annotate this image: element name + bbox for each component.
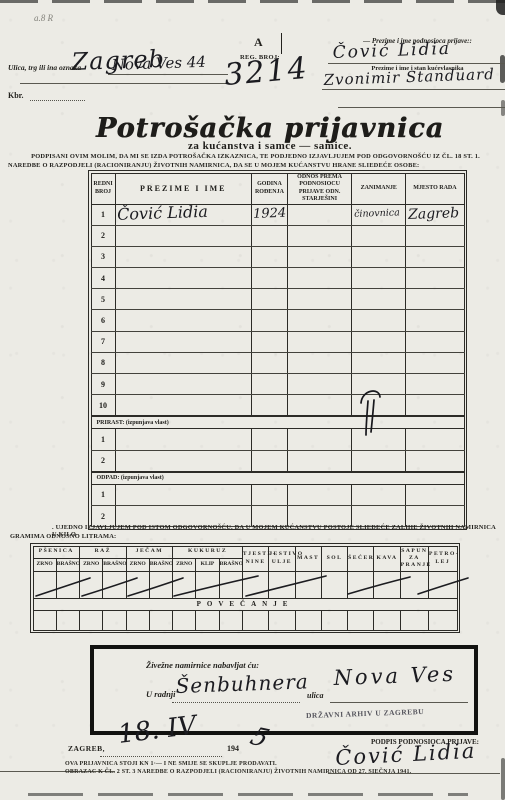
col-kukuruz: KUKURUZ (173, 546, 243, 558)
supplier-street-line (330, 702, 468, 703)
odpad-band: ODPAD: (izpunjava vlast) (91, 472, 464, 485)
roster-row-9: 9 (91, 374, 464, 395)
workplace-cell (406, 310, 464, 331)
roster-row-2: 2 (91, 225, 464, 246)
relation-cell (288, 310, 352, 331)
col-mast: MAST (295, 546, 321, 571)
relation-cell (288, 225, 352, 246)
workplace-cell (406, 395, 464, 417)
occupation-cell (352, 268, 406, 289)
row-number: 8 (91, 352, 115, 373)
workplace-cell (406, 225, 464, 246)
year-cell (251, 310, 287, 331)
name-cell (115, 310, 251, 331)
workplace-cell (406, 374, 464, 395)
roster-row-10: 10 (91, 395, 464, 417)
scan-blob-top-right (496, 0, 505, 15)
roster-row-3: 3 (91, 246, 464, 267)
increase-cell (149, 610, 172, 630)
increase-cell (321, 610, 347, 630)
row-number: 7 (91, 331, 115, 352)
increase-cell (219, 610, 242, 630)
name-cell (115, 395, 251, 417)
fineprint-line1: OVA PRIJAVNICA STOJI KN 1·— I NE SMIJE S… (65, 761, 277, 767)
name-cell (115, 225, 251, 246)
increase-cell (348, 610, 374, 630)
workplace-cell (406, 331, 464, 352)
fineprint-line2: OBRAZAC K ČL. 2 ST. 3 NAREDBE O RAZPODJE… (65, 769, 411, 775)
page-subtitle: za kućanstva i samce — samice. (60, 140, 480, 152)
occupation-cell (352, 331, 406, 352)
occupation-cell (352, 484, 406, 505)
roster-header-row: REDNI BROJ PREZIME I IME GODINA ROĐENJA … (91, 173, 464, 204)
col-zanimanje: ZANIMANJE (352, 173, 406, 204)
section-divider (281, 33, 282, 54)
increase-cell (196, 610, 219, 630)
workplace-cell (406, 268, 464, 289)
blank-line-right (338, 107, 505, 108)
subcol-zrno: ZRNO (173, 558, 196, 571)
col-godina: GODINA ROĐENJA (251, 173, 287, 204)
row-number: 9 (91, 374, 115, 395)
row-number: 2 (91, 225, 115, 246)
increase-cell (103, 610, 126, 630)
year-cell (251, 268, 287, 289)
relation-cell (288, 204, 352, 225)
workplace-cell (406, 450, 464, 472)
name-cell (115, 268, 251, 289)
archive-stamp: DRŽAVNI ARHIV U ZAGREBU (306, 707, 424, 720)
roster-row-7: 7 (91, 331, 464, 352)
prirast-row-2: 2 (91, 450, 464, 472)
workplace-cell (406, 429, 464, 450)
applicant-handwritten: Čović Lidia (332, 39, 451, 63)
col-sol: SOL (321, 546, 347, 571)
col-sapun: SAPUN ZA PRANJE (400, 546, 428, 571)
increase-cell (400, 610, 428, 630)
relation-cell (288, 450, 352, 472)
col-psenica: PŠENICA (33, 546, 80, 558)
shop-line (172, 702, 300, 703)
row-number: 5 (91, 289, 115, 310)
col-jecam: JEČAM (126, 546, 173, 558)
declaration-line1: PODPISANI OVIM MOLIM, DA MI SE IZDA POTR… (28, 153, 483, 160)
col-odnos: ODNOS PREMA PODNOSIOCU PRIJAVE ODN. STAR… (288, 173, 352, 204)
date-line (100, 756, 222, 757)
col-raz: RAŽ (80, 546, 127, 558)
row-number: 10 (91, 395, 115, 417)
subcol-zrno: ZRNO (80, 558, 103, 571)
roster-row-4: 4 (91, 268, 464, 289)
name-handwritten: Čović Lidia (114, 199, 251, 225)
scan-edge-bottom (28, 793, 468, 796)
prirast-label: PRIRAST: (izpunjava vlast) (91, 416, 464, 429)
name-cell (115, 289, 251, 310)
relation-cell (288, 352, 352, 373)
increase-cell (80, 610, 103, 630)
household-roster-table: REDNI BROJ PREZIME I IME GODINA ROĐENJA … (88, 170, 467, 530)
roster-row-5: 5 (91, 289, 464, 310)
name-cell (115, 246, 251, 267)
occupation-cell (352, 289, 406, 310)
reg-broj-handwritten: 3214 (223, 51, 310, 93)
workplace-cell (406, 484, 464, 505)
col-secer: ŠEĆER (348, 546, 374, 571)
supplies-group-header-row: PŠENICA RAŽ JEČAM KUKURUZ TJESTE- NINE J… (33, 546, 457, 558)
col-petrolej: PETRO- LEJ (429, 546, 457, 571)
col-mjesto-rada: MJESTO RADA (406, 173, 464, 204)
relation-cell (288, 246, 352, 267)
year-handwritten: 1924 (251, 203, 288, 225)
scan-blob-right-2 (501, 100, 505, 116)
row-number: 1 (91, 429, 115, 450)
workplace-cell (406, 289, 464, 310)
row-number: 4 (91, 268, 115, 289)
street-handwritten: Nova Ves 44 (111, 53, 206, 74)
handwritten-squiggle-mark (358, 386, 386, 440)
year-cell (251, 289, 287, 310)
subcol-klip: KLIP (196, 558, 219, 571)
name-cell (115, 331, 251, 352)
year-cell (251, 429, 287, 450)
name-cell (115, 450, 251, 472)
prirast-row-1: 1 (91, 429, 464, 450)
subcol-brasno: BRAŠNO (103, 558, 126, 571)
relation-cell (288, 484, 352, 505)
roster-row-1: 1 Čović Lidia 1924 činovnica Zagreb (91, 204, 464, 225)
kbr-label: Kbr. (8, 91, 24, 100)
workplace-handwritten: Zagreb (405, 202, 464, 225)
supplier-street-label: ulica (307, 691, 323, 700)
street-line (108, 74, 228, 75)
relation-cell (288, 331, 352, 352)
prirast-band: PRIRAST: (izpunjava vlast) (91, 416, 464, 429)
supplies-increase-row (33, 610, 457, 630)
subcol-zrno: ZRNO (126, 558, 149, 571)
shop-label: U radnji (146, 689, 176, 699)
workplace-cell (406, 352, 464, 373)
col-kava: KAVA (374, 546, 400, 571)
scan-blob-bottom-right (501, 758, 505, 800)
year-cell (251, 450, 287, 472)
subcol-brasno: BRAŠNO (149, 558, 172, 571)
scan-edge-top (0, 0, 505, 3)
col-tjestenine: TJESTE- NINE (242, 546, 268, 571)
odpad-label: ODPAD: (izpunjava vlast) (91, 472, 464, 485)
occupation-handwritten: činovnica (351, 202, 406, 225)
increase-cell (429, 610, 457, 630)
occupation-cell (352, 352, 406, 373)
row-number: 2 (91, 450, 115, 472)
subcol-brasno: BRAŠNO (219, 558, 242, 571)
subcol-zrno: ZRNO (33, 558, 56, 571)
row-number: 1 (91, 484, 115, 505)
scanned-form-page: a.8 R Zagreb Ulica, trg ili ina oznaka N… (0, 0, 505, 800)
row-number: 6 (91, 310, 115, 331)
name-cell (115, 352, 251, 373)
year-cell (251, 395, 287, 417)
relation-cell (288, 289, 352, 310)
relation-cell (288, 268, 352, 289)
name-cell (115, 374, 251, 395)
landlord-line (322, 89, 505, 90)
relation-cell (288, 395, 352, 417)
supplier-intro-label: Živežne namirnice nabavljat ću: (146, 660, 259, 670)
col-redni-broj: REDNI BROJ (91, 173, 115, 204)
workplace-cell (406, 246, 464, 267)
year-cell (251, 225, 287, 246)
supplier-street-handwritten: Nova Ves (333, 662, 456, 690)
kbr-line (30, 100, 85, 101)
roster-row-6: 6 (91, 310, 464, 331)
occupation-cell (352, 246, 406, 267)
name-cell (115, 429, 251, 450)
city-line (20, 83, 228, 84)
increase-cell (56, 610, 79, 630)
increase-cell (33, 610, 56, 630)
increase-cell (126, 610, 149, 630)
street-label: Ulica, trg ili ina oznaka (8, 63, 81, 72)
roster-row-8: 8 (91, 352, 464, 373)
occupation-cell (352, 450, 406, 472)
occupation-cell (352, 225, 406, 246)
year-cell (251, 331, 287, 352)
applicant-line (328, 63, 505, 64)
year-cell (251, 484, 287, 505)
increase-cell (295, 610, 321, 630)
shop-handwritten: Šenbuhnera (175, 669, 309, 698)
supplies-intro-line1: . UJEDNO IZJAVLJUJEM POD ISTOM ODGOVORNO… (52, 524, 502, 538)
declaration-line2: NAREDBE O RAZPODJELI (RACIONIRANJU) ŽIVO… (8, 162, 458, 169)
row-number: 3 (91, 246, 115, 267)
name-cell (115, 484, 251, 505)
subcol-brasno: BRAŠNO (56, 558, 79, 571)
place-label: ZAGREB, (68, 744, 105, 753)
row-number: 1 (91, 204, 115, 225)
supplies-intro-line2: GRAMIMA ODNOSNO LITRAMA: (10, 533, 116, 540)
occupation-cell (352, 310, 406, 331)
relation-cell (288, 374, 352, 395)
increase-cell (242, 610, 268, 630)
increase-cell (173, 610, 196, 630)
section-letter: A (254, 35, 263, 50)
increase-cell (269, 610, 295, 630)
year-cell (251, 352, 287, 373)
relation-cell (288, 429, 352, 450)
increase-cell (374, 610, 400, 630)
year-cell (251, 246, 287, 267)
odpad-row-1: 1 (91, 484, 464, 505)
year-cell (251, 374, 287, 395)
col-jestivo-ulje: JESTIVO ULJE (269, 546, 295, 571)
pencil-note: a.8 R (34, 13, 53, 23)
handwritten-slash-marks (30, 571, 470, 601)
year-prefix: 194 (227, 744, 239, 753)
